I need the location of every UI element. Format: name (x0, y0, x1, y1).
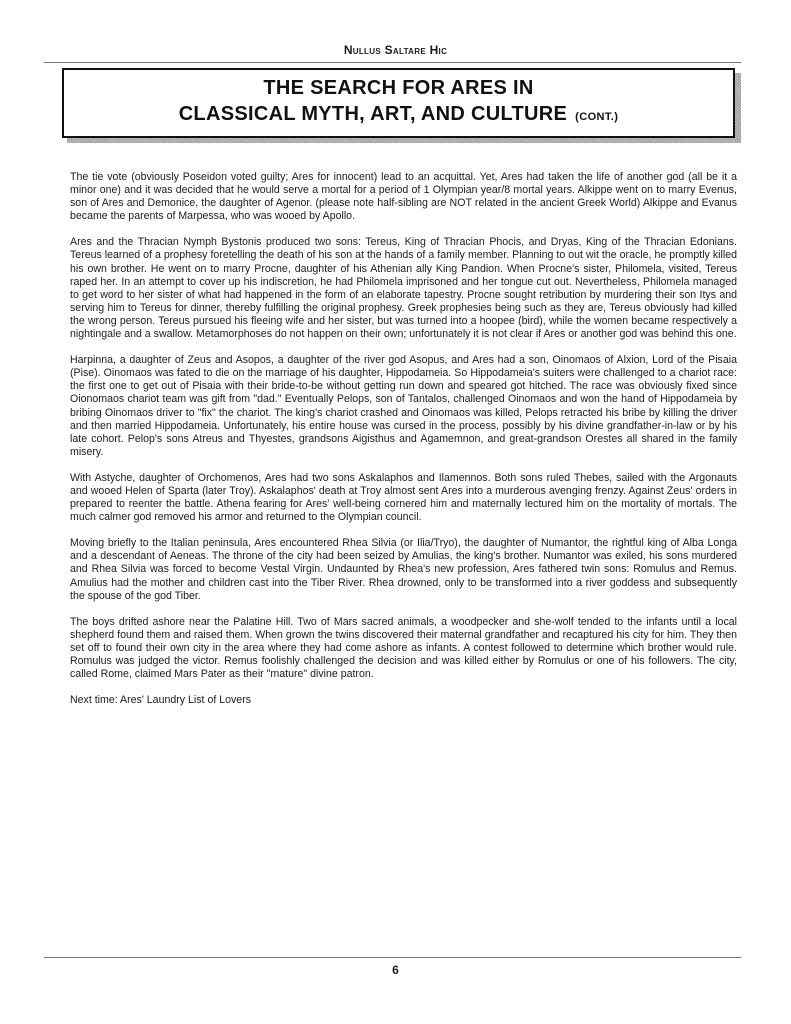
page-number: 6 (0, 963, 791, 977)
paragraph-romulus-remus: The boys drifted ashore near the Palatin… (70, 616, 737, 681)
title-line-1: THE SEARCH FOR ARES IN (64, 75, 733, 101)
title-line-2-text: CLASSICAL MYTH, ART, AND CULTURE (179, 103, 567, 125)
paragraph-rhea-silvia: Moving briefly to the Italian peninsula,… (70, 537, 737, 602)
next-time-note: Next time: Ares' Laundry List of Lovers (70, 694, 737, 707)
paragraph-alkippe: The tie vote (obviously Poseidon voted g… (70, 171, 737, 223)
title-suffix: (CONT.) (575, 111, 618, 123)
article-body: The tie vote (obviously Poseidon voted g… (70, 171, 737, 720)
paragraph-tereus: Ares and the Thracian Nymph Bystonis pro… (70, 236, 737, 341)
running-head: Nullus Saltare Hic (0, 43, 791, 57)
paragraph-oinomaos: Harpinna, a daughter of Zeus and Asopos,… (70, 354, 737, 459)
title-box: THE SEARCH FOR ARES IN CLASSICAL MYTH, A… (62, 68, 735, 138)
paragraph-askalaphos: With Astyche, daughter of Orchomenos, Ar… (70, 472, 737, 524)
title-line-2: CLASSICAL MYTH, ART, AND CULTURE(CONT.) (64, 101, 733, 130)
footer-rule (44, 957, 741, 958)
header-rule (44, 62, 741, 63)
